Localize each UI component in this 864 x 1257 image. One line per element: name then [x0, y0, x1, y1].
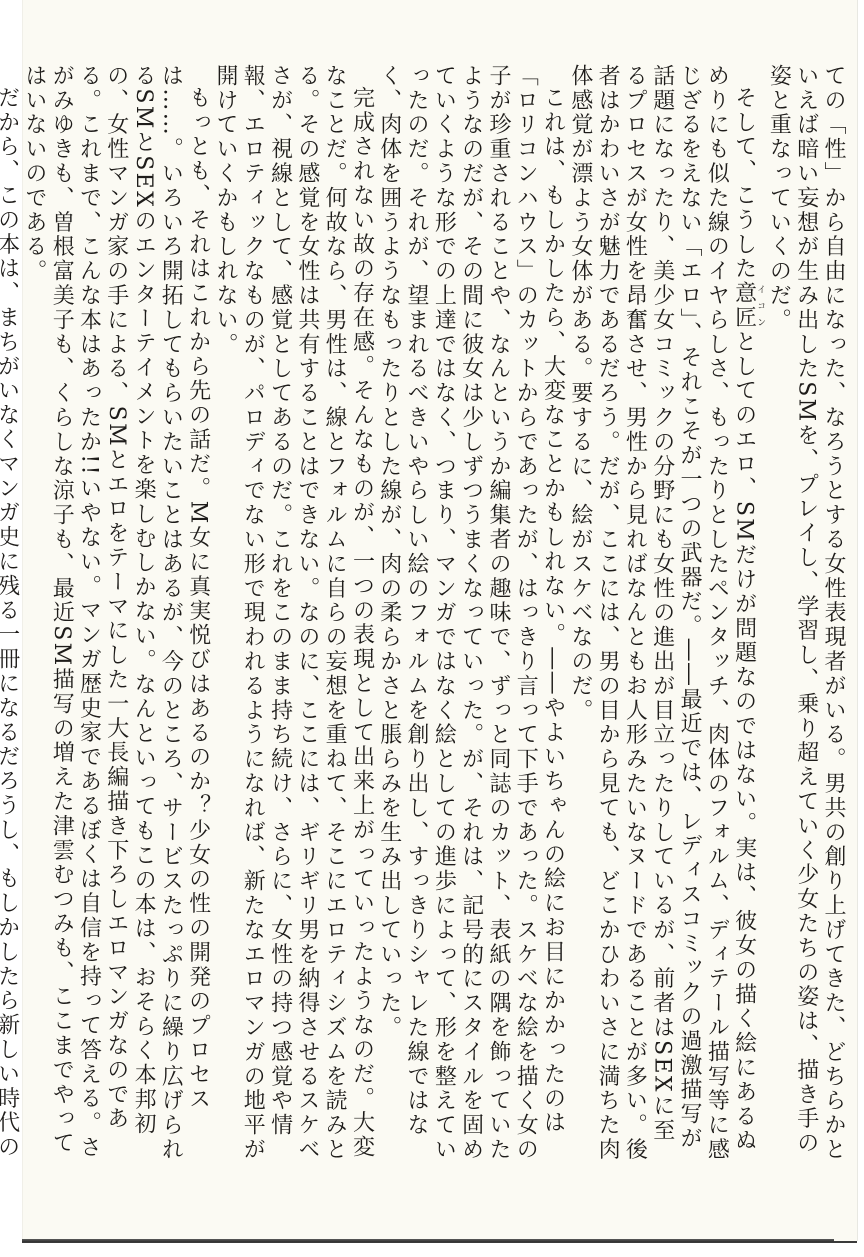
vertical-body-text: ての「性」から自由になった、なろうとする女性表現者がいる。男共の創り上げてきた、… — [0, 64, 847, 1164]
paragraph-2: そして、こうした意匠イコンとしてのエロ、SMだけが問題なのではない。実は、彼女の… — [567, 64, 766, 1164]
paragraph-4: 完成されない故の存在感。そんなものが、一つの表現として出来上がっていったようなの… — [212, 64, 376, 1164]
page-bottom-shadow — [22, 1239, 834, 1242]
paragraph-6: だから、この本は、まちがいなくマンガ史に残る一冊になるだろうし、もしかしたら新し… — [0, 64, 21, 1164]
paragraph-2-text-b: としてのエロ、SMだけが問題なのではない。実は、彼女の描く絵にあるぬめりにも似た… — [568, 64, 757, 1162]
ruby-text: イコン — [755, 281, 765, 330]
paragraph-3-text: これは、もしかしたら、大変なことかもしれない。――やよいちゃんの絵にお目にかかっ… — [377, 64, 566, 1162]
paragraph-5: もっとも、それはこれから先の話だ。M女に真実悦びはあるのか？少女の性の開発のプロ… — [21, 64, 212, 1164]
paragraph-3: これは、もしかしたら、大変なことかもしれない。――やよいちゃんの絵にお目にかかっ… — [375, 64, 566, 1164]
paragraph-1-text: ての「性」から自由になった、なろうとする女性表現者がいる。男共の創り上げてきた、… — [766, 64, 846, 1162]
ruby-base: 意匠 — [732, 281, 757, 330]
paragraph-4-text: 完成されない故の存在感。そんなものが、一つの表現として出来上がっていったようなの… — [213, 64, 374, 1162]
paragraph-5-text: もっとも、それはこれから先の話だ。M女に真実悦びはあるのか？少女の性の開発のプロ… — [22, 64, 211, 1162]
paragraph-6-text: だから、この本は、まちがいなくマンガ史に残る一冊になるだろうし、もしかしたら新し… — [0, 64, 20, 1162]
ruby-annotation-ikon: 意匠イコン — [732, 281, 757, 330]
paragraph-1: ての「性」から自由になった、なろうとする女性表現者がいる。男共の創り上げてきた、… — [765, 64, 847, 1164]
paragraph-2-text-a: そして、こうした — [732, 86, 757, 281]
